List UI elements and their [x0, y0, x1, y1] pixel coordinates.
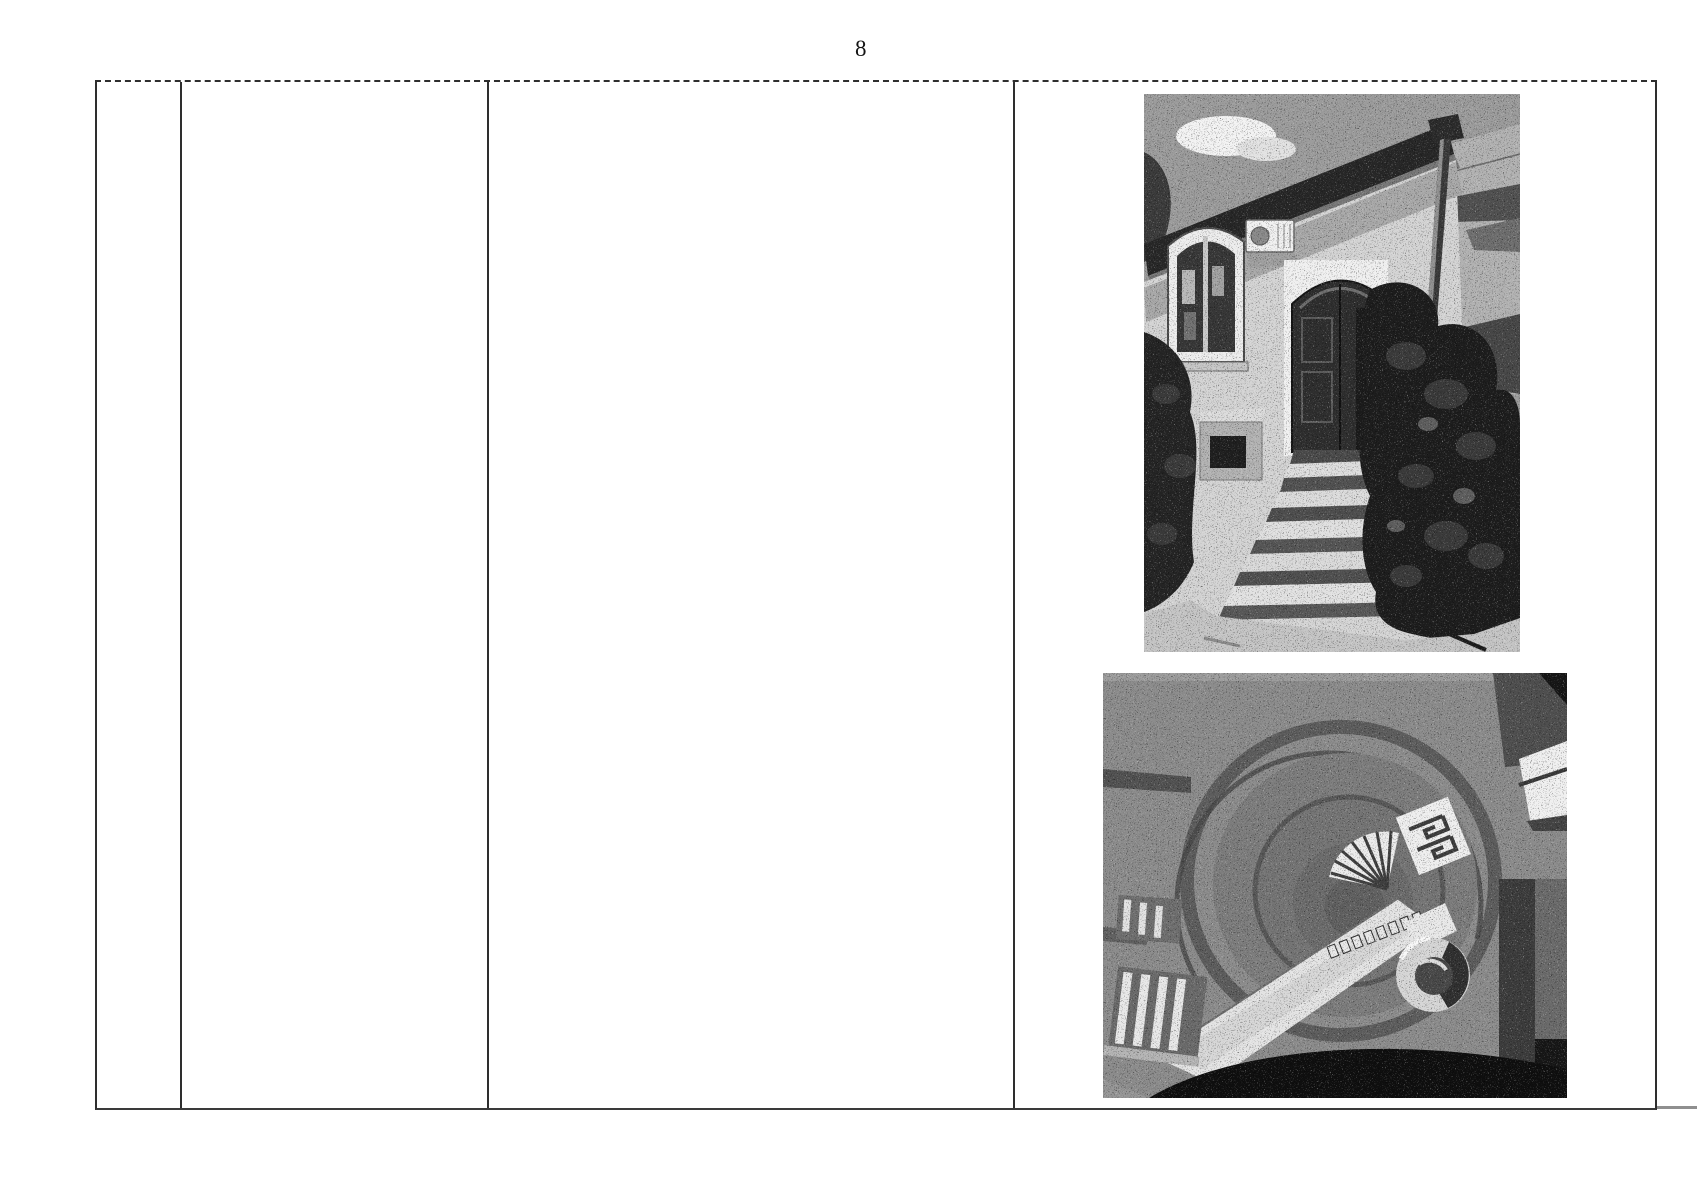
house-entrance-photo [1144, 94, 1520, 652]
table-cell-2 [182, 82, 487, 1108]
halftone-grain-light [1103, 673, 1567, 1098]
table-cell-1 [97, 82, 180, 1108]
portal-detail-photo [1103, 673, 1567, 1098]
page-number: 8 [811, 37, 911, 60]
scanned-document-page: 8 [0, 0, 1697, 1200]
portal-detail-photo-svg [1103, 673, 1567, 1098]
table-cell-photos [1015, 82, 1655, 1108]
house-entrance-photo-svg [1144, 94, 1520, 652]
halftone-grain-light [1144, 94, 1520, 652]
document-table [95, 80, 1657, 1110]
table-cell-3 [489, 82, 1013, 1108]
scan-line-artifact [1657, 1106, 1697, 1109]
